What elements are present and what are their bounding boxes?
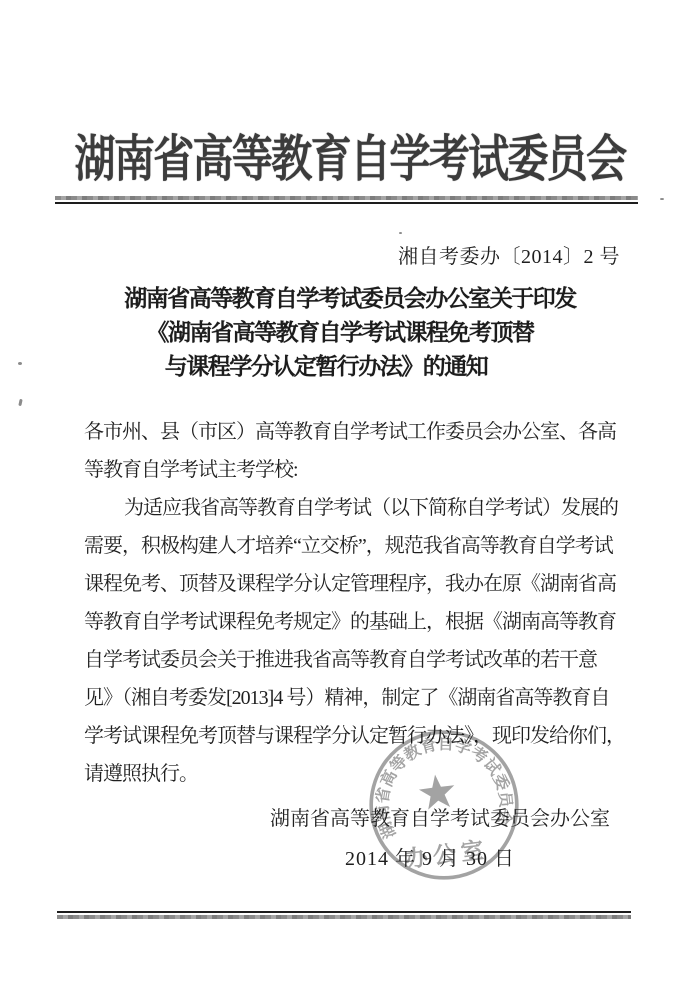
notice-title: 湖南省高等教育自学考试委员会办公室关于印发《湖南省高等教育自学考试课程免考顶替与… [0, 282, 700, 384]
letter-body: 各市州、县（市区）高等教育自学考试工作委员会办公室、各高等教育自学考试主考学校:… [84, 413, 629, 793]
text-line: 湖南省高等教育自学考试委员会办公室关于印发 [0, 282, 700, 316]
agency-masthead-title: 湖南省高等教育自学考试委员会 [63, 132, 637, 187]
footer-rule-gray-band [57, 915, 631, 919]
scan-speck [18, 399, 22, 406]
document-number: 湘自考委办〔2014〕2 号 [398, 240, 620, 269]
text-line: 等教育自学考试课程免考规定》的基础上，根据《湖南高等教育 [84, 603, 629, 641]
scan-speck [399, 232, 402, 234]
text-line: 等教育自学考试主考学校: [84, 451, 629, 489]
body-paragraph: 为适应我省高等教育自学考试（以下简称自学考试）发展的需要，积极构建人才培养“立交… [84, 489, 629, 793]
text-line: 《湖南省高等教育自学考试课程免考顶替 [0, 316, 690, 350]
text-line: 需要，积极构建人才培养“立交桥”，规范我省高等教育自学考试 [84, 527, 629, 565]
text-line: 请遵照执行。 [84, 755, 629, 793]
masthead-rule-dark-line [55, 202, 638, 204]
text-line: 与课程学分认定暂行办法》的通知 [0, 350, 676, 384]
issuing-office-signature: 湖南省高等教育自学考试委员会办公室 [270, 802, 610, 831]
masthead-rule [55, 196, 638, 204]
document-page: 湖南省高等教育自学考试委员会 湘自考委办〔2014〕2 号 湖南省高等教育自学考… [0, 0, 700, 1002]
footer-rule [57, 911, 631, 919]
scan-speck [660, 198, 664, 200]
text-line: 自学考试委员会关于推进我省高等教育自学考试改革的若干意 [84, 641, 629, 679]
text-line: 各市州、县（市区）高等教育自学考试工作委员会办公室、各高 [84, 413, 629, 451]
text-line: 见》（湘自考委发[2013]4 号）精神，制定了《湖南省高等教育自 [84, 679, 629, 717]
text-line: 为适应我省高等教育自学考试（以下简称自学考试）发展的 [84, 489, 629, 527]
text-line: 课程免考、顶替及课程学分认定管理程序，我办在原《湖南省高 [84, 565, 629, 603]
issue-date: 2014 年 9 月 30 日 [160, 842, 700, 871]
scan-speck [18, 362, 22, 365]
text-line: 学考试课程免考顶替与课程学分认定暂行办法》，现印发给你们， [84, 717, 629, 755]
salutation: 各市州、县（市区）高等教育自学考试工作委员会办公室、各高等教育自学考试主考学校: [84, 413, 629, 489]
